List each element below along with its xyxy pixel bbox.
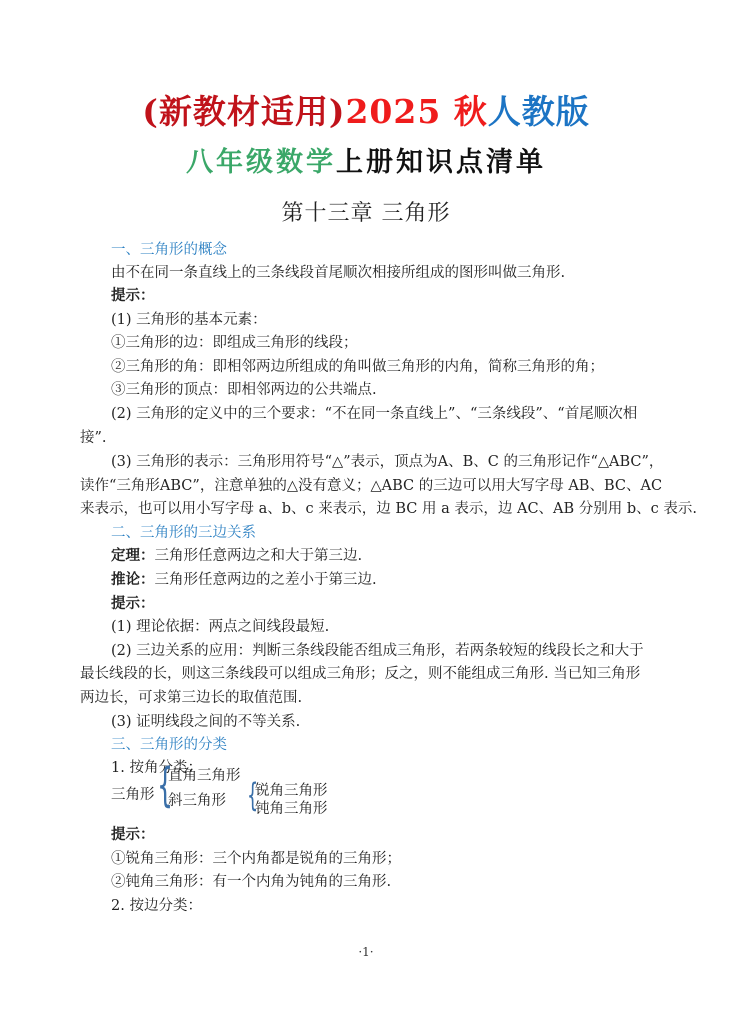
corollary-text: 三角形任意两边的之差小于第三边.: [155, 572, 377, 588]
theorem-label: 定理：: [111, 547, 155, 564]
tree-node-obtuse: 钝角三角形: [255, 799, 328, 819]
paragraph: ①锐角三角形：三个内角都是锐角的三角形；: [111, 849, 401, 869]
subtitle-part-1: 八年级数学: [186, 147, 336, 178]
title-part-1: (新教材适用): [142, 92, 345, 131]
tip-label: 提示：: [111, 594, 155, 614]
tree-node-right: 直角三角形: [168, 766, 241, 786]
paragraph: (3) 三角形的表示：三角形用符号“△”表示，顶点为A、B、C 的三角形记作“△…: [111, 452, 663, 472]
definition-text: 由不在同一条直线上的三条线段首尾顺次相接所组成的图形叫做三角形.: [111, 263, 565, 283]
section-heading-concept: 一、三角形的概念: [111, 240, 227, 260]
paragraph: 读作“三角形ABC”，注意单独的△没有意义；△ABC 的三边可以用大写字母 AB…: [80, 476, 662, 496]
tip-label: 提示：: [111, 286, 155, 306]
theorem-text: 三角形任意两边之和大于第三边.: [155, 548, 363, 564]
tree-root: 三角形: [111, 785, 155, 805]
paragraph: ②钝角三角形：有一个内角为钝角的三角形.: [111, 872, 391, 892]
tree-node-acute: 锐角三角形: [255, 781, 328, 801]
paragraph: ①三角形的边：即组成三角形的线段；: [111, 333, 358, 353]
paragraph: 接”.: [80, 428, 107, 448]
paragraph: (1) 三角形的基本元素：: [111, 310, 267, 330]
paragraph: ②三角形的角：即相邻两边所组成的角叫做三角形的内角，简称三角形的角；: [111, 357, 604, 377]
paragraph: ③三角形的顶点：即相邻两边的公共端点.: [111, 380, 377, 400]
document-page: (新教材适用)2025 秋人教版 八年级数学上册知识点清单 第十三章 三角形 一…: [0, 0, 732, 1024]
paragraph: 两边长，可求第三边长的取值范围.: [80, 688, 302, 708]
theorem-line: 定理：三角形任意两边之和大于第三边.: [111, 546, 362, 566]
section-heading-side-relations: 二、三角形的三边关系: [111, 523, 256, 543]
corollary-label: 推论：: [111, 571, 155, 588]
title-part-3: 人教版: [488, 92, 590, 131]
title-part-2: 2025 秋: [345, 92, 487, 131]
paragraph: (2) 三角形的定义中的三个要求：“不在同一条直线上”、“三条线段”、“首尾顺次…: [111, 404, 637, 424]
corollary-line: 推论：三角形任意两边的之差小于第三边.: [111, 570, 377, 590]
paragraph: 2. 按边分类：: [111, 896, 202, 916]
section-heading-classification: 三、三角形的分类: [111, 735, 227, 755]
tip-label: 提示：: [111, 825, 155, 845]
document-subtitle: 八年级数学上册知识点清单: [0, 140, 732, 179]
subtitle-part-2: 上册知识点清单: [336, 147, 546, 178]
paragraph: 来表示，也可以用小写字母 a、b、c 来表示，边 BC 用 a 表示，边 AC、…: [80, 499, 697, 519]
tree-node-oblique: 斜三角形: [168, 791, 226, 811]
paragraph: 最长线段的长，则这三条线段可以组成三角形；反之，则不能组成三角形. 当已知三角形: [80, 664, 640, 684]
paragraph: (2) 三边关系的应用：判断三条线段能否组成三角形，若两条较短的线段长之和大于: [111, 641, 644, 661]
chapter-title: 第十三章 三角形: [0, 196, 732, 227]
page-number: ·1·: [0, 945, 732, 959]
paragraph: (1) 理论依据：两点之间线段最短.: [111, 617, 329, 637]
document-title: (新教材适用)2025 秋人教版: [0, 86, 732, 133]
paragraph: (3) 证明线段之间的不等关系.: [111, 712, 300, 732]
